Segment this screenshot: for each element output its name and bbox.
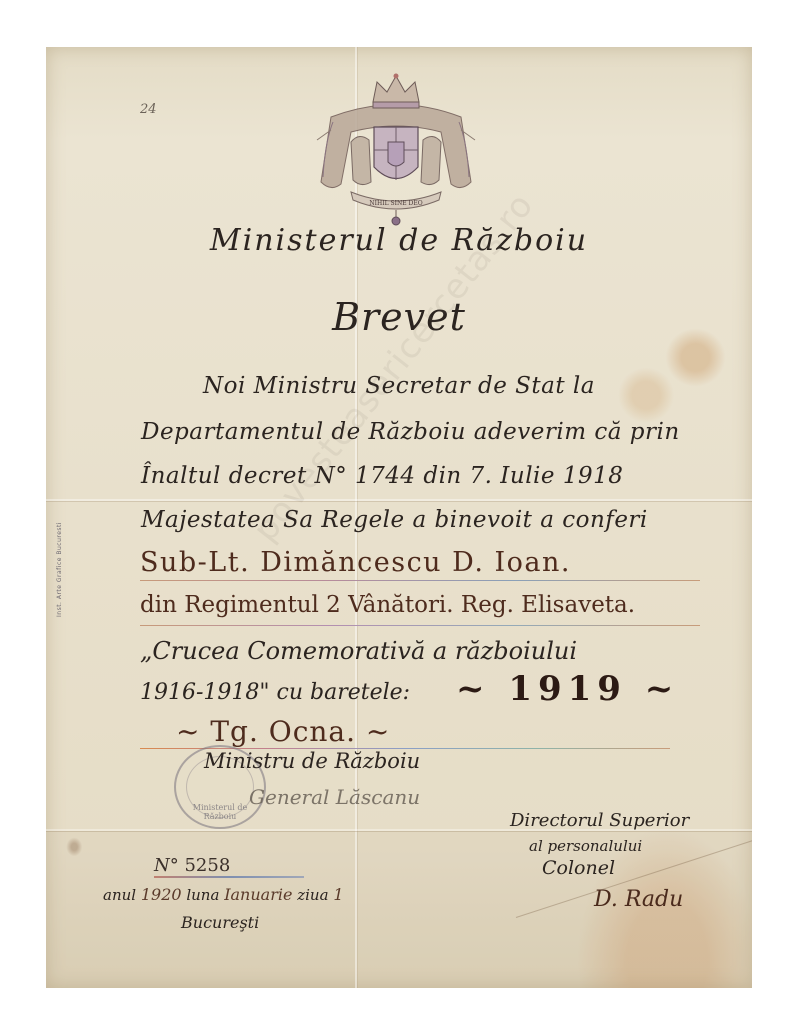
director-signature: D. Radu (594, 887, 683, 912)
recipient-name: Sub-Lt. Dimăncescu D. Ioan. (140, 547, 571, 578)
month-value: Ianuarie (224, 885, 292, 904)
horizontal-fold-crease (46, 499, 752, 501)
minister-title: Ministru de Războiu (204, 749, 420, 773)
issue-date: anul 1920 luna Ianuarie ziua 1 (103, 885, 344, 904)
recipient-unit: din Regimentul 2 Vânători. Reg. Elisavet… (140, 592, 635, 618)
decree-line: Înaltul decret N° 1744 din 7. Iulie 1918 (141, 463, 623, 489)
year-label: anul (103, 886, 136, 904)
director-rank: Colonel (542, 857, 615, 879)
motto-text: NIHIL SINE DEO (369, 200, 422, 207)
director-department: al personalului (529, 837, 642, 855)
day-value: 1 (333, 885, 343, 904)
registration-number: N° 5258 (154, 855, 230, 876)
issue-city: Bucureşti (181, 913, 259, 932)
number-value: 5258 (184, 855, 230, 876)
printer-mark: Inst. Arte Grafice Bucuresti (56, 522, 63, 617)
ruled-line (154, 876, 304, 878)
number-label: N° (154, 855, 179, 876)
year-value: 1920 (141, 885, 182, 904)
bar-year: ~ 1919 ~ (456, 669, 679, 709)
ruled-line (140, 580, 700, 581)
body-line: Departamentul de Războiu adeverim că pri… (141, 419, 680, 445)
ruled-line (140, 625, 700, 626)
day-label: ziua (297, 886, 328, 904)
decoration-bars-label: 1916-1918" cu baretele: (140, 680, 410, 705)
bar-place: ~ Tg. Ocna. ~ (176, 715, 390, 748)
decoration-name: „Crucea Comemorativă a războiului (140, 637, 577, 665)
body-line: Majestatea Sa Regele a binevoit a confer… (141, 507, 648, 533)
corner-number: 24 (140, 102, 157, 117)
month-label: luna (186, 886, 219, 904)
coat-of-arms-icon: NIHIL SINE DEO (311, 72, 481, 227)
page-title: Ministerul de Războiu (46, 223, 752, 258)
certificate-paper: 24 Inst. Arte Grafice Bucuresti NIHI (46, 47, 752, 988)
minister-signature: General Lăscanu (249, 785, 420, 809)
director-title: Directorul Superior (510, 810, 689, 831)
